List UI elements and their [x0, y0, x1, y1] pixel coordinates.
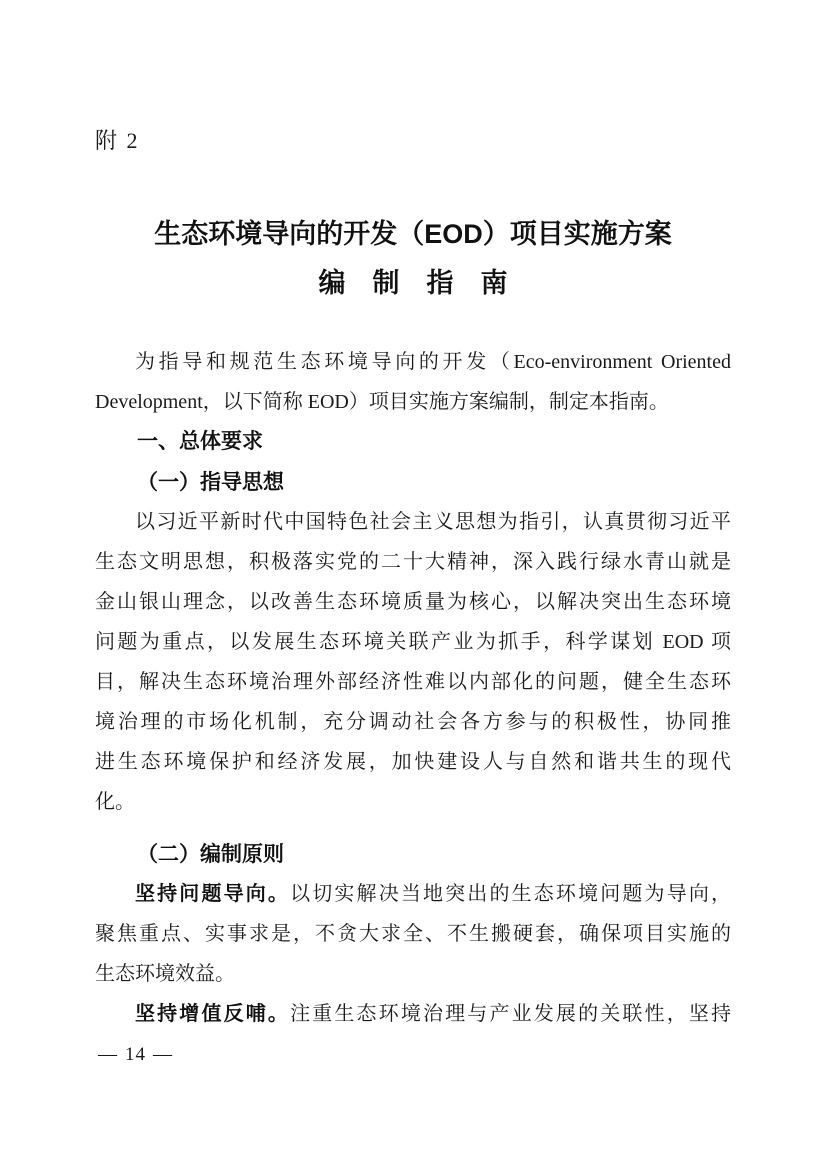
page-number: —14— — [98, 1044, 180, 1066]
attachment-label: 附 2 — [95, 124, 140, 155]
body-line: 为指导和规范生态环境导向的开发（Eco-environment Oriented — [95, 342, 731, 382]
body-line: 境治理的市场化机制，充分调动社会各方参与的积极性，协同推 — [95, 702, 731, 742]
body-line: 坚持问题导向。以切实解决当地突出的生态环境问题为导向， — [95, 874, 731, 914]
body-line: 以习近平新时代中国特色社会主义思想为指引，认真贯彻习近平 — [95, 502, 731, 542]
body-line: 问题为重点，以发展生态环境关联产业为抓手，科学谋划 EOD 项 — [95, 622, 731, 662]
principle-lead-value-feedback: 坚持增值反哺。 — [135, 1003, 290, 1025]
body-line: 进生态环境保护和经济发展，加快建设人与自然和谐共生的现代 — [95, 742, 731, 782]
principle-lead-problem-orientation: 坚持问题导向。 — [135, 883, 290, 905]
body-line-text: 注重生态环境治理与产业发展的关联性，坚持 — [290, 1003, 731, 1025]
body-line: 目，解决生态环境治理外部经济性难以内部化的问题，健全生态环 — [95, 662, 731, 702]
body-line: 生态环境效益。 — [95, 954, 731, 994]
subsection-heading-guiding-ideology: （一）指导思想 — [95, 462, 731, 502]
body-line: 生态文明思想，积极落实党的二十大精神，深入践行绿水青山就是 — [95, 542, 731, 582]
footer-left-dash: — — [98, 1044, 118, 1065]
document-body: 为指导和规范生态环境导向的开发（Eco-environment Oriented… — [95, 342, 731, 1034]
section-heading-overall-requirements: 一、总体要求 — [95, 422, 731, 462]
body-line: 化。 — [95, 782, 731, 822]
document-title-line2: 编 制 指 南 — [0, 261, 826, 300]
body-line: 金山银山理念，以改善生态环境质量为核心，以解决突出生态环境 — [95, 582, 731, 622]
body-line: 聚焦重点、实事求是，不贪大求全、不生搬硬套，确保项目实施的 — [95, 914, 731, 954]
body-line: Development，以下简称 EOD）项目实施方案编制，制定本指南。 — [95, 382, 731, 422]
footer-right-dash: — — [153, 1044, 173, 1065]
body-line-text: 以切实解决当地突出的生态环境问题为导向， — [290, 883, 731, 905]
document-title-line1: 生态环境导向的开发（EOD）项目实施方案 — [0, 212, 826, 251]
subsection-heading-compilation-principles: （二）编制原则 — [95, 834, 731, 874]
document-page: 附 2 生态环境导向的开发（EOD）项目实施方案 编 制 指 南 为指导和规范生… — [0, 0, 826, 1169]
body-line: 坚持增值反哺。注重生态环境治理与产业发展的关联性，坚持 — [95, 994, 731, 1034]
footer-page-number: 14 — [125, 1044, 146, 1065]
